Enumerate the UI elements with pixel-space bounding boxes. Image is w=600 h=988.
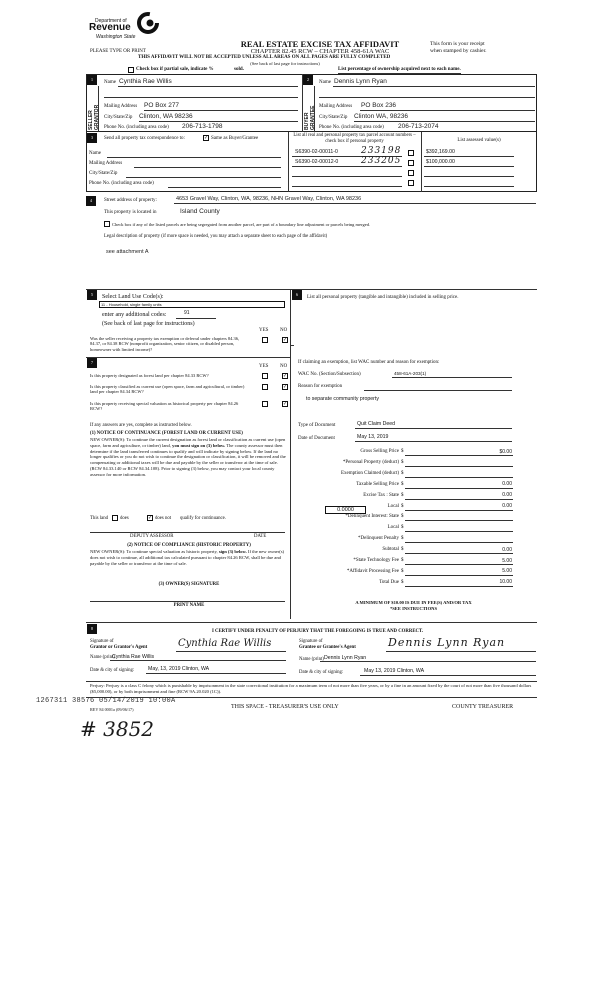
personal-property-checkbox[interactable] <box>408 170 414 176</box>
yes-header: YES <box>259 328 268 334</box>
section-number-7: 7 <box>87 358 97 368</box>
partial-sale-sold: sold. <box>234 67 244 73</box>
tax-value-field[interactable]: 0.00 <box>440 492 512 498</box>
recording-stamp: 1267311 38576 05/14/2019 10:00A <box>36 697 176 705</box>
parcel-line <box>292 186 402 187</box>
this-land-label: This land <box>90 516 108 522</box>
seller-mailing-field[interactable]: PO Box 277 <box>144 102 179 109</box>
date-label: DATE <box>254 534 266 540</box>
corr-city-label: City/State/Zip <box>89 171 117 177</box>
land-use-select[interactable]: 11 - Household, single family units <box>99 301 285 308</box>
forest-no-header: NO <box>280 364 287 370</box>
buyer-city-label: City/State/Zip <box>319 115 347 121</box>
see-instructions-note: *SEE INSTRUCTIONS <box>292 606 535 612</box>
forest-no-checkbox[interactable]: ✓ <box>282 384 288 390</box>
forest-yes-checkbox[interactable] <box>262 373 268 379</box>
qualify-label: qualify for continuance. <box>180 516 226 522</box>
assessed-header: List assessed value(s) <box>424 138 534 144</box>
currency-symbol: $ <box>401 460 404 466</box>
partial-sale-checkbox[interactable] <box>128 67 134 73</box>
tax-row-label: Exemption Claimed (deduct) <box>300 471 399 477</box>
seller-name-label: Name <box>104 80 116 86</box>
notice1-text: NEW OWNER(S): To continue the current de… <box>90 437 288 478</box>
street-address-label: Street address of property: <box>104 198 157 204</box>
buyer-phone-label: Phone No. (including area code) <box>319 125 384 131</box>
tax-row-label: *Delinquent Interest: State <box>300 514 399 520</box>
assessed-line <box>424 176 514 177</box>
land-use-selected: 11 - Household, single family units <box>101 302 162 308</box>
receipt-note-2: when stamped by cashier. <box>430 48 487 55</box>
tax-value-field[interactable]: 5.00 <box>440 558 512 564</box>
same-as-buyer-checkbox[interactable]: ✓ <box>203 135 209 141</box>
reason-label: Reason for exemption <box>298 384 342 390</box>
currency-symbol: $ <box>401 449 404 455</box>
parcel-number-field[interactable]: S6390-02-00011-0 <box>295 149 338 155</box>
deputy-assessor-line[interactable] <box>90 532 285 533</box>
corr-name-label: Name <box>89 151 101 157</box>
deputy-assessor-label: DEPUTY ASSESSOR <box>130 534 173 540</box>
reason-field[interactable]: to separate community property <box>306 396 379 402</box>
grantor-sig-label-2: Grantor or Grantor's Agent <box>90 645 147 651</box>
tax-line <box>405 466 513 467</box>
tax-row-label: *Affidavit Processing Fee <box>300 569 399 575</box>
tax-line <box>405 477 513 478</box>
section-number-4: 4 <box>86 196 96 206</box>
currency-symbol: $ <box>401 514 404 520</box>
exemption-label: If claiming an exemption, list WAC numbe… <box>298 360 439 366</box>
does-label: does <box>120 516 129 522</box>
forest-yes-checkbox[interactable] <box>262 384 268 390</box>
corr-name-field[interactable] <box>107 157 281 158</box>
parcel-line <box>292 166 402 167</box>
currency-symbol: $ <box>401 580 404 586</box>
dor-swirl-icon <box>137 12 159 34</box>
currency-symbol: $ <box>401 504 404 510</box>
corr-phone-field[interactable] <box>168 187 281 188</box>
tax-row-label: *Delinquent Penalty <box>300 536 399 542</box>
seller-city-field[interactable]: Clinton, WA 98236 <box>139 113 193 120</box>
correspondence-label: Send all property tax correspondence to: <box>104 136 185 142</box>
does-checkbox[interactable] <box>112 515 118 521</box>
section-number-3: 3 <box>87 133 97 143</box>
tax-row-label: Subtotal <box>300 547 399 553</box>
grantee-sig-label-2: Grantee or Grantee's Agent <box>299 645 356 651</box>
q1-no-checkbox[interactable]: ✓ <box>282 337 288 343</box>
additional-codes-field[interactable]: 91 <box>184 310 190 316</box>
parcels-header: List all real and personal property tax … <box>292 133 417 144</box>
tax-value-field[interactable]: 10.00 <box>440 579 512 585</box>
county-treasurer-label: COUNTY TREASURER <box>452 704 513 711</box>
grantee-signature[interactable]: Dennis Lynn Ryan <box>388 636 505 649</box>
personal-property-checkbox[interactable] <box>408 160 414 166</box>
tax-line <box>405 553 513 554</box>
corr-city-field[interactable] <box>126 177 281 178</box>
doc-date-label: Date of Document <box>298 436 335 442</box>
section-number-6: 6 <box>292 290 302 300</box>
currency-symbol: $ <box>401 569 404 575</box>
corr-phone-label: Phone No. (including area code) <box>89 181 154 187</box>
doc-date-field[interactable]: May 13, 2019 <box>357 434 388 440</box>
parcel-number-field[interactable]: S6390-02-00012-0 <box>295 159 338 165</box>
logo-line-3: Washington State <box>96 34 135 40</box>
buyer-name-label: Name <box>319 80 331 86</box>
tax-value-field[interactable]: 5.00 <box>440 568 512 574</box>
perjury-statement: Perjury: Perjury is a class C felony whi… <box>90 683 535 695</box>
ownership-note: List percentage of ownership acquired ne… <box>338 67 461 74</box>
tax-line <box>405 531 513 532</box>
form-subtitle: CHAPTER 82.45 RCW – CHAPTER 458-61A WAC <box>210 48 430 55</box>
segregated-label: Check box if any of the listed parcels a… <box>112 222 370 228</box>
revision-label: REV 84 0001a (09/06/17) <box>90 707 134 713</box>
tax-row-label: Local <box>300 504 399 510</box>
grantee-name-label: Name (print) <box>299 657 324 663</box>
does-not-label: does not <box>155 516 171 522</box>
forest-question: Is this property designated as forest la… <box>90 373 250 378</box>
seller-name-field[interactable]: Cynthia Rae Willis <box>119 78 172 85</box>
currency-symbol: $ <box>401 525 404 531</box>
owner-signature-line[interactable] <box>90 601 285 602</box>
land-use-label: Select Land Use Code(s): <box>102 294 163 301</box>
print-name-label: PRINT NAME <box>90 603 288 609</box>
seller-mailing-label: Mailing Address <box>104 104 137 110</box>
legal-description-field[interactable]: see attachment A <box>106 249 149 255</box>
parcel-line <box>292 176 402 177</box>
forest-no-checkbox[interactable]: ✓ <box>282 373 288 379</box>
currency-symbol: $ <box>401 493 404 499</box>
buyer-city-field[interactable]: Clinton WA, 98236 <box>354 113 408 120</box>
wac-field[interactable]: 458-61A-203(1) <box>394 371 426 376</box>
tax-line <box>405 455 513 456</box>
dor-logo: Department of Revenue Washington State <box>88 12 168 42</box>
tax-line <box>405 520 513 521</box>
grantor-date-label: Date & city of signing: <box>90 668 134 674</box>
wac-label: WAC No. (Section/Subsection) <box>298 372 361 378</box>
currency-symbol: $ <box>401 558 404 564</box>
personal-property-label: List all personal property (tangible and… <box>307 294 532 301</box>
grantor-date-field[interactable]: May, 13, 2019 Clinton, WA <box>148 666 209 672</box>
seller-city-label: City/State/Zip <box>104 115 132 121</box>
tax-value-field[interactable]: $0.00 <box>440 449 512 455</box>
tax-value-field[interactable]: 0.00 <box>440 481 512 487</box>
county-field[interactable]: Island County <box>180 208 220 215</box>
tax-line <box>405 586 513 587</box>
currency-symbol: $ <box>401 471 404 477</box>
tax-line <box>405 488 513 489</box>
tax-row-label: Local <box>300 525 399 531</box>
tax-row-label: Total Due <box>300 580 399 586</box>
assessed-line <box>424 186 514 187</box>
grantee-date-field[interactable]: May 13, 2019 Clinton, WA <box>364 668 424 674</box>
personal-property-checkbox[interactable] <box>408 150 414 156</box>
grantee-date-label: Date & city of signing: <box>299 670 343 676</box>
tax-line <box>405 499 513 500</box>
notice2-text: NEW OWNER(S): To continue special valuat… <box>90 549 288 566</box>
tax-row-label: Gross Selling Price <box>300 449 399 455</box>
forest-question: Is this property classified as current u… <box>90 384 250 395</box>
corr-mailing-label: Mailing Address <box>89 161 122 167</box>
doc-type-field[interactable]: Quit Claim Deed <box>357 421 395 427</box>
section-number-8: 8 <box>87 624 97 634</box>
assessed-value-field[interactable]: $100,000.00 <box>426 159 455 165</box>
parcel-handwritten-note: 233198 <box>361 146 401 156</box>
certify-title: I CERTIFY UNDER PENALTY OF PERJURY THAT … <box>100 629 535 635</box>
currency-symbol: $ <box>401 547 404 553</box>
tax-row-label: *Personal Property (deduct) <box>300 460 399 466</box>
buyer-mailing-field[interactable]: PO Box 236 <box>361 102 396 109</box>
personal-property-checkbox[interactable] <box>408 180 414 186</box>
tax-row-label: Excise Tax : State <box>300 493 399 499</box>
parcel-handwritten-note: 233205 <box>361 156 401 166</box>
forest-question: Is this property receiving special valua… <box>90 401 250 412</box>
forest-yes-checkbox[interactable] <box>262 401 268 407</box>
buyer-mailing-label: Mailing Address <box>319 104 352 110</box>
section-number-5: 5 <box>87 290 97 300</box>
tax-line <box>405 564 513 565</box>
handwritten-number: # 3852 <box>80 717 154 741</box>
tax-line <box>405 575 513 576</box>
no-header: NO <box>280 328 287 334</box>
section-number-2: 2 <box>303 75 313 85</box>
same-as-buyer-label: Same as Buyer/Grantee <box>211 136 258 142</box>
forest-yes-header: YES <box>259 364 268 370</box>
tax-line <box>405 510 513 511</box>
partial-sale-label: Check box if partial sale, indicate % <box>136 67 214 73</box>
tax-row-label: *State Technology Fee <box>300 558 399 564</box>
assessed-line <box>424 166 514 167</box>
segregated-checkbox[interactable] <box>104 221 110 227</box>
located-in-label: This property is located in <box>104 210 157 216</box>
seller-phone-field[interactable]: 206-713-1798 <box>182 123 222 130</box>
q1-yes-checkbox[interactable] <box>262 337 268 343</box>
tax-row-label: Taxable Selling Price <box>300 482 399 488</box>
receipt-note-1: This form is your receipt <box>430 41 485 48</box>
if-yes-note: If any answers are yes, complete as inst… <box>90 423 192 429</box>
instructions-note: (See back of last page for instructions) <box>102 321 195 328</box>
buyer-name-field[interactable]: Dennis Lynn Ryan <box>334 78 387 85</box>
buyer-phone-field[interactable]: 206-713-2074 <box>398 123 438 130</box>
corr-mailing-field[interactable] <box>134 167 281 168</box>
assessed-value-field[interactable]: $392,169.00 <box>426 149 455 155</box>
forest-no-checkbox[interactable]: ✓ <box>282 401 288 407</box>
legal-description-label: Legal description of property (if more s… <box>104 234 327 240</box>
section-number-1: 1 <box>87 75 97 85</box>
currency-symbol: $ <box>401 536 404 542</box>
doc-type-label: Type of Document <box>298 423 335 429</box>
logo-line-2: Revenue <box>89 23 131 33</box>
grantor-signature[interactable]: Cynthia Rae Willis <box>178 638 271 649</box>
seller-phone-label: Phone No. (including area code) <box>104 125 169 131</box>
assessed-line <box>424 156 514 157</box>
street-address-field[interactable]: 4653 Gravel Way, Clinton, WA, 98236, NHN… <box>176 196 361 202</box>
exemption-question: Was the seller receiving a property tax … <box>90 336 250 352</box>
tax-line <box>405 542 513 543</box>
currency-symbol: $ <box>401 482 404 488</box>
additional-codes-label: enter any additional codes: <box>102 312 166 319</box>
treasurer-use-label: THIS SPACE - TREASURER'S USE ONLY <box>231 704 339 711</box>
does-not-checkbox[interactable]: ✓ <box>147 515 153 521</box>
tax-value-field[interactable]: 0.00 <box>440 547 512 553</box>
owner-signature-label: (3) OWNER(S) SIGNATURE <box>90 582 288 588</box>
tax-value-field[interactable]: 0.00 <box>440 503 512 509</box>
